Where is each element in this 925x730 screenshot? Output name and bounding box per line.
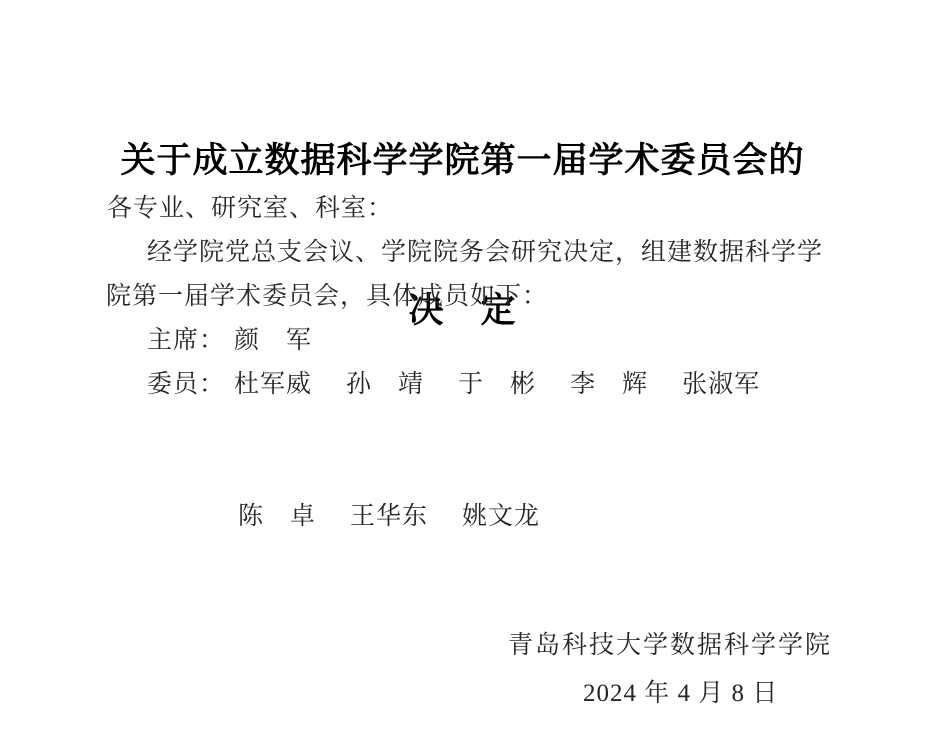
title-line-1: 关于成立数据科学学院第一届学术委员会的 <box>0 136 925 186</box>
committee-label: 委员： <box>147 363 225 407</box>
committee-member-list-row1: 杜军威孙 靖于 彬李 辉张淑军 <box>234 363 760 407</box>
chair-label: 主席： <box>147 319 225 363</box>
committee-row: 委员： 杜军威孙 靖于 彬李 辉张淑军 <box>0 363 925 407</box>
date-line: 2024 年 4 月 8 日 <box>583 677 778 711</box>
document-page: 关于成立数据科学学院第一届学术委员会的 决 定 各专业、研究室、科室： 经学院党… <box>0 0 925 730</box>
chair-member-name: 颜 军 <box>234 319 312 363</box>
committee-member-name: 张淑军 <box>682 363 760 407</box>
committee-member-name: 王华东 <box>350 495 428 539</box>
paragraph-line-1: 经学院党总支会议、学院院务会研究决定，组建数据科学学 <box>0 231 925 275</box>
committee-member-name: 姚文龙 <box>462 495 540 539</box>
salutation-line: 各专业、研究室、科室： <box>0 187 925 231</box>
committee-member-name: 李 辉 <box>570 363 648 407</box>
committee-continuation-row: 陈 卓王华东姚文龙 <box>0 407 925 627</box>
paragraph-line-2: 院第一届学术委员会，具体成员如下： <box>0 275 925 319</box>
committee-member-name: 于 彬 <box>458 363 536 407</box>
chair-row: 主席： 颜 军 <box>0 319 925 363</box>
committee-member-name: 孙 靖 <box>346 363 424 407</box>
signature-line: 青岛科技大学数据科学学院 <box>508 629 832 663</box>
document-body: 各专业、研究室、科室： 经学院党总支会议、学院院务会研究决定，组建数据科学学 院… <box>0 187 925 627</box>
chair-member-list: 颜 军 <box>234 319 312 363</box>
committee-member-name: 陈 卓 <box>238 495 316 539</box>
committee-member-name: 杜军威 <box>234 363 312 407</box>
committee-member-list-row2: 陈 卓王华东姚文龙 <box>238 495 925 539</box>
